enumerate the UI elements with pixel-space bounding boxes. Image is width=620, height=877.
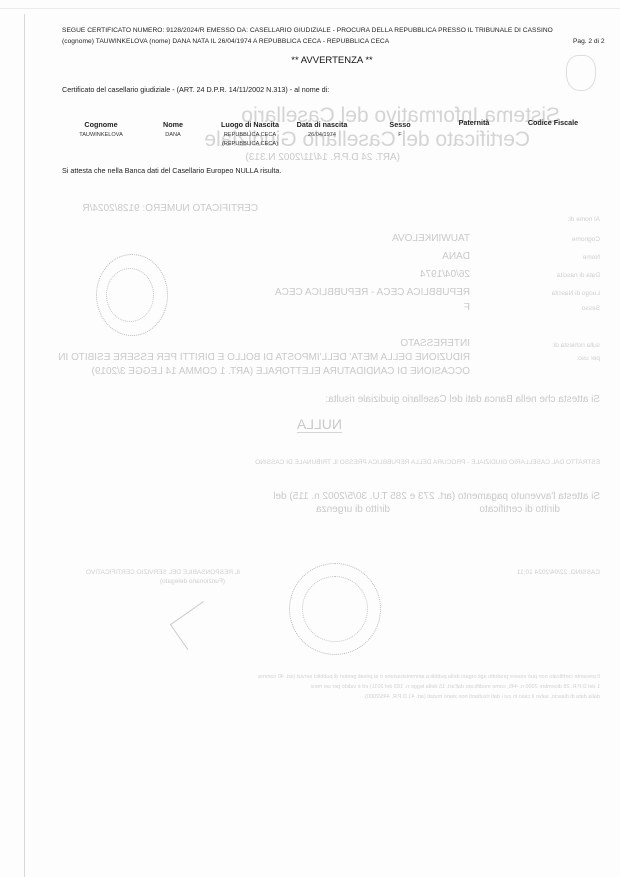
ghost-diritto-urgenza: diritto di urgenza (316, 504, 390, 515)
ghost-responsabile-1: IL RESPONSABILE DEL SERVIZIO CERTIFICATI… (86, 569, 240, 576)
column-header-nome: Nome (163, 120, 183, 129)
cell-sesso: F (398, 131, 401, 140)
ghost-label: Data di nascita (557, 272, 600, 279)
stamp-seal-bottom-inner (302, 576, 368, 642)
ghost-attesta: Si attesta che nella Banca dati del Case… (325, 394, 600, 405)
column-header-sesso: Sesso (389, 120, 410, 129)
ghost-value: DANA (442, 251, 470, 262)
ghost-label: Luogo di Nascita (552, 290, 600, 297)
cell-text: DANA (165, 131, 181, 140)
scan-top-edge (0, 8, 620, 9)
stamp-seal-left-inner (106, 268, 154, 322)
ghost-value: 26/04/1974 (420, 269, 470, 280)
cell-luogo-nascita: REPUBBLICA CECA (REPUBBLICA CECA) (222, 131, 278, 149)
column-header-codice-fiscale: Codice Fiscale (528, 118, 578, 127)
ghost-heading-art: (ART. 24 D.P.R. 14/11/2002 N.313) (245, 152, 400, 163)
ghost-uso-line2: OCCASIONE DI CANDIDATURA ELETTORALE (ART… (92, 366, 470, 377)
column-header-luogo-nascita: Luogo di Nascita (221, 120, 279, 129)
cell-text: REPUBBLICA CECA (222, 131, 278, 140)
ghost-footer-1: Il presente certificato non può essere p… (258, 674, 600, 680)
ghost-luogo-data: CASSINO, 22/04/2024 10:11 (517, 569, 600, 576)
cell-data-nascita: 26/04/1974 (308, 131, 336, 140)
ghost-nulla: NULLA (297, 416, 342, 433)
ghost-footer-3: dalla data di rilascio, salvo il caso in… (363, 694, 600, 700)
ghost-richiesta-label: sulla richiesta di: (552, 342, 600, 349)
column-header-data-nascita: Data di nascita (297, 120, 348, 129)
ghost-uso-line1: RIDUZIONE DELLA META' DELL'IMPOSTA DI BO… (58, 352, 470, 363)
header-line-2: (cognome) TAUWINKELOVA (nome) DANA NATA … (62, 38, 389, 45)
ghost-estratto: ESTRATTO DAL CASELLARIO GIUDIZIALE - PRO… (255, 459, 600, 466)
ghost-uso-label: per uso: (577, 355, 601, 362)
certificate-subtitle: Certificato del casellario giudiziale - … (62, 85, 329, 94)
ghost-label: Cognome (572, 236, 600, 243)
page-indicator: Pag. 2 di 2 (573, 38, 605, 45)
ghost-pagamento: Si attesta l'avvenuto pagamento (art. 27… (273, 491, 600, 502)
ghost-label: Nome (583, 254, 600, 261)
scan-left-edge (24, 14, 25, 877)
certificate-page: Sistema Informativo del Casellario Certi… (0, 0, 620, 877)
ghost-diritto-certificato: diritto di certificato (479, 504, 560, 515)
ghost-responsabile-2: (Funzionario delegato) (160, 578, 225, 585)
cell-text: F (398, 131, 401, 140)
cell-text: (REPUBBLICA CECA) (222, 140, 278, 149)
ghost-richiesta-value: INTERESSATO (400, 338, 470, 349)
cell-text: 26/04/1974 (308, 131, 336, 140)
column-header-cognome: Cognome (84, 120, 117, 129)
ghost-label: Sesso (582, 305, 600, 312)
cell-cognome: TAUWINKELOVA (79, 131, 123, 140)
ghost-value: F (464, 302, 470, 313)
cell-nome: DANA (165, 131, 181, 140)
cell-text: TAUWINKELOVA (79, 131, 123, 140)
ghost-al-nome-di: Al nome di: (567, 216, 600, 223)
ghost-value: TAUWINKELOVA (392, 233, 470, 244)
signature-mark (170, 601, 221, 650)
header-line-1: SEGUE CERTIFICATO NUMERO: 9128/2024/R EM… (62, 27, 553, 34)
column-header-paternita: Paternità (459, 118, 490, 127)
ghost-cert-number: CERTIFICATO NUMERO: 9128/2024/R (82, 203, 258, 214)
ghost-footer-2: 1 del D.P.R. 28 dicembre 2000 n. 445, co… (311, 684, 600, 690)
ghost-value: REPUBBLICA CECA - REPUBBLICA CECA (275, 287, 470, 298)
warning-title: ** AVVERTENZA ** (0, 55, 620, 66)
european-record-result: Si attesta che nella Banca dati del Case… (62, 166, 281, 175)
